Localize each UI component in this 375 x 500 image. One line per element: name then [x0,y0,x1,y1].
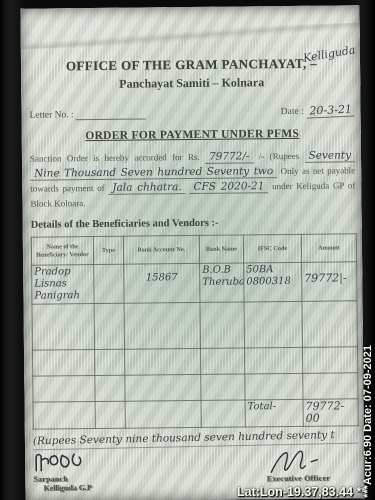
executive-officer-title: Executive Officer [238,473,358,483]
cell-type [94,264,124,303]
table-row-empty [33,347,358,376]
gps-accuracy-date-overlay: ***Acur:6.90 Date: 07-09-2021 [362,345,374,498]
col-header-name: Name of the Beneficiary/ Vendor [31,237,93,266]
table-total-row: Total- 79772-00 [33,399,358,429]
col-header-ifsc: IFSC Code [243,234,301,263]
sanction-text: /- (Rupees [259,151,299,161]
bank-name-line2: Therubali [202,276,241,288]
ifsc-line2: 0800318 [246,276,299,289]
col-header-type: Type [93,236,123,264]
date-field: Date : 20-3-21 [281,103,355,118]
total-amount: 79772-00 [303,399,358,427]
beneficiary-name-line2: Lisnas Panigrah [34,278,91,303]
beneficiaries-table: Name of the Beneficiary/ Vendor Type Ban… [31,233,359,429]
date-label: Date : [281,107,304,117]
sarpanch-gp: Kelliguda G.P [33,482,153,492]
table-row-empty [32,301,357,350]
doc-title: ORDER FOR PAYMENT UNDER PFMS [30,127,355,142]
letter-no-blank [76,109,146,120]
handwritten-amount-words-2: Nine Thousand Seven hundred Seventy two [30,165,277,181]
letter-date-row: Letter No. : Date : 20-3-21 [29,103,354,120]
col-header-account: Bank Account No. [123,235,199,264]
handwritten-scheme: CFS 2020-21 [189,180,268,194]
col-header-bank: Bank Name [199,235,243,263]
beneficiary-name-line1: Pradop [34,266,91,279]
handwritten-purpose: Jala chhatra. [108,181,186,195]
paper-form: OFFICE OF THE GRAM PANCHAYAT, – Kelligud… [20,5,364,500]
cell-account: 15867 [124,263,200,303]
odia-stamp-signature [33,450,111,475]
form-header: OFFICE OF THE GRAM PANCHAYAT, – Kelligud… [29,55,354,92]
cell-beneficiary-name: Pradop Lisnas Panigrah [32,265,94,305]
letter-no-label: Letter No. : [29,110,73,120]
cell-amount: 79772|- [302,262,357,302]
document-photo: OFFICE OF THE GRAM PANCHAYAT, – Kelligud… [0,0,375,500]
table-row: Pradop Lisnas Panigrah 15867 B.O.B Theru… [32,262,357,304]
gps-latlon-overlay: Lat:Lon-19.37,83.44 ** [237,485,366,499]
ifsc-line1: 50BA [246,264,299,277]
sarpanch-signature-block: Sarpanch Kelliguda G.P [33,449,153,492]
total-label: Total- [245,399,303,427]
bank-name-line1: B.O.B [202,264,241,276]
cell-bank-name: B.O.B Therubali [200,263,244,302]
handwritten-date: 20-3-21 [306,102,355,118]
sanction-paragraph: Sanction Order is hereby accorded for Rs… [30,148,356,211]
letter-no: Letter No. : [29,109,146,120]
table-row-empty [33,373,358,402]
handwritten-amount-words-1: Seventy [304,149,355,163]
handwritten-amount-figures: 79772/- [205,150,254,164]
col-header-amount: Amount [301,234,356,263]
cell-ifsc: 50BA 0800318 [244,262,302,302]
executive-officer-signature [263,448,333,475]
table-header-row: Name of the Beneficiary/ Vendor Type Ban… [31,234,356,265]
samiti-title: Panchayat Samiti – Kolnara [29,74,354,92]
beneficiaries-heading: Details of the Beneficiaries and Vendors… [31,216,356,230]
sanction-text: Sanction Order is hereby accorded for Rs… [30,152,200,164]
